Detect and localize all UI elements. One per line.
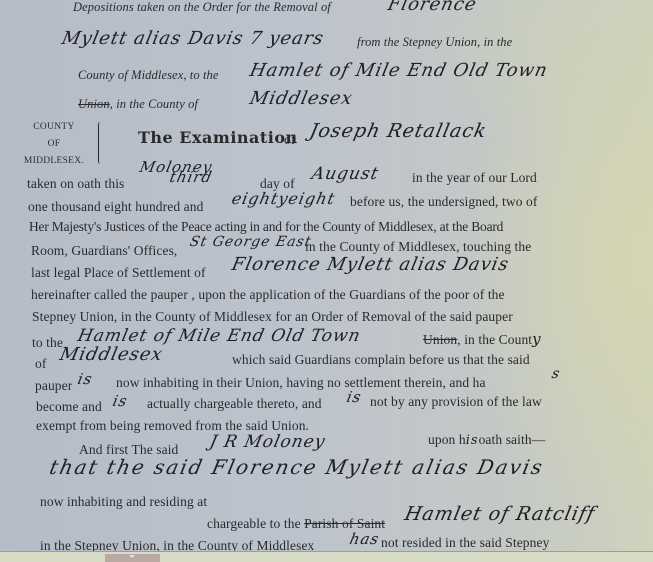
body-line-7: Stepney Union, in the County of Middlese… — [32, 309, 513, 325]
handwritten-s: s — [550, 366, 562, 382]
handwritten-is: is — [76, 370, 94, 388]
handwritten-county-2: Middlesex — [58, 344, 165, 365]
header-line-2: from the Stepney Union, in the — [357, 35, 512, 50]
county-label-line: OF — [14, 136, 94, 153]
county-label: COUNTY OF MIDDLESEX. — [14, 119, 94, 170]
handwritten-letter: y — [532, 330, 541, 348]
horizontal-scrollbar[interactable] — [0, 551, 653, 562]
handwritten-destination-2: Hamlet of Mile End Old Town — [76, 326, 363, 346]
body-line-9b: which said Guardians complain before us … — [232, 352, 530, 368]
body-line-8a: to the — [32, 335, 63, 351]
printed-text: Depositions taken on the Order for the R… — [73, 0, 331, 14]
body-line-2b: before us, the undersigned, two of — [350, 194, 537, 210]
body-line-9a: of — [35, 356, 46, 372]
struck-text: Union — [423, 332, 457, 347]
printed-text: , in the Count — [457, 332, 532, 347]
printed-text: upon h — [428, 432, 466, 447]
body-line-11c: not by any provision of the law — [370, 394, 542, 410]
county-label-line: COUNTY — [14, 119, 94, 136]
handwritten-parish: Hamlet of Ratcliff — [403, 503, 598, 525]
body-line-6: hereinafter called the pauper , upon the… — [31, 287, 505, 303]
header-line-4: Union, in the County of — [78, 97, 198, 112]
county-label-line: MIDDLESEX. — [14, 153, 94, 170]
examination-of: of — [284, 132, 295, 148]
handwritten-county: Middlesex — [248, 88, 355, 109]
body-line-4b: in the County of Middlesex, touching the — [305, 239, 531, 255]
body-line-5a: last legal Place of Settlement of — [31, 265, 206, 281]
handwritten-is-4: is — [466, 433, 479, 448]
body-line-3: Her Majesty's Justices of the Peace acti… — [29, 219, 503, 235]
handwritten-is-2: is — [111, 392, 129, 410]
handwritten-name-age: Mylett alias Davis 7 years — [60, 28, 326, 49]
body-line-11a: become and — [36, 399, 102, 415]
handwritten-examinee: Joseph Retallack — [308, 120, 489, 142]
handwritten-pauper-name: Florence Mylett alias Davis — [230, 254, 511, 275]
handwritten-deposition: that the said Florence Mylett alias Davi… — [47, 455, 546, 479]
handwritten-month: August — [310, 164, 381, 184]
handwritten-has: has — [348, 530, 381, 548]
body-line-17a: in the Stepney Union, in the County of M… — [40, 538, 314, 551]
body-line-10b: now inhabiting in their Union, having no… — [116, 375, 486, 391]
printed-text: , in the County of — [110, 97, 198, 111]
body-line-4a: Room, Guardians' Offices, — [31, 243, 177, 259]
header-line-3: County of Middlesex, to the — [78, 68, 219, 83]
scrollbar-thumb[interactable] — [105, 554, 160, 562]
body-line-1a: taken on oath this — [27, 176, 124, 192]
examination-title: The Examination — [138, 128, 298, 147]
printed-text: chargeable to the — [207, 516, 301, 531]
document-scan: Depositions taken on the Order for the R… — [0, 0, 653, 551]
struck-text: Union — [78, 97, 110, 111]
body-line-2a: one thousand eight hundred and — [28, 199, 203, 215]
handwritten-is-3: is — [345, 388, 363, 406]
body-line-8b: Union, in the County — [423, 330, 542, 348]
body-line-10a: pauper — [35, 378, 72, 394]
body-line-17b: not resided in the said Stepney — [381, 535, 549, 551]
handwritten-forename: Florence — [386, 0, 479, 15]
handwritten-deponent: J R Moloney — [208, 432, 328, 452]
body-line-15: now inhabiting and residing at — [40, 494, 207, 510]
handwritten-place: St George East — [188, 234, 313, 250]
body-line-13b: upon hisoath saith— — [428, 432, 545, 448]
header-line-1: Depositions taken on the Order for the R… — [73, 0, 331, 15]
handwritten-day: third — [168, 168, 214, 186]
struck-text: Parish of Saint — [304, 516, 385, 531]
handwritten-year: eightyeight — [230, 189, 337, 208]
brace-icon — [98, 122, 103, 164]
body-line-1c: in the year of our Lord — [412, 170, 537, 186]
handwritten-destination: Hamlet of Mile End Old Town — [248, 60, 550, 81]
printed-text: oath saith— — [479, 432, 546, 447]
body-line-11b: actually chargeable thereto, and — [147, 396, 322, 412]
